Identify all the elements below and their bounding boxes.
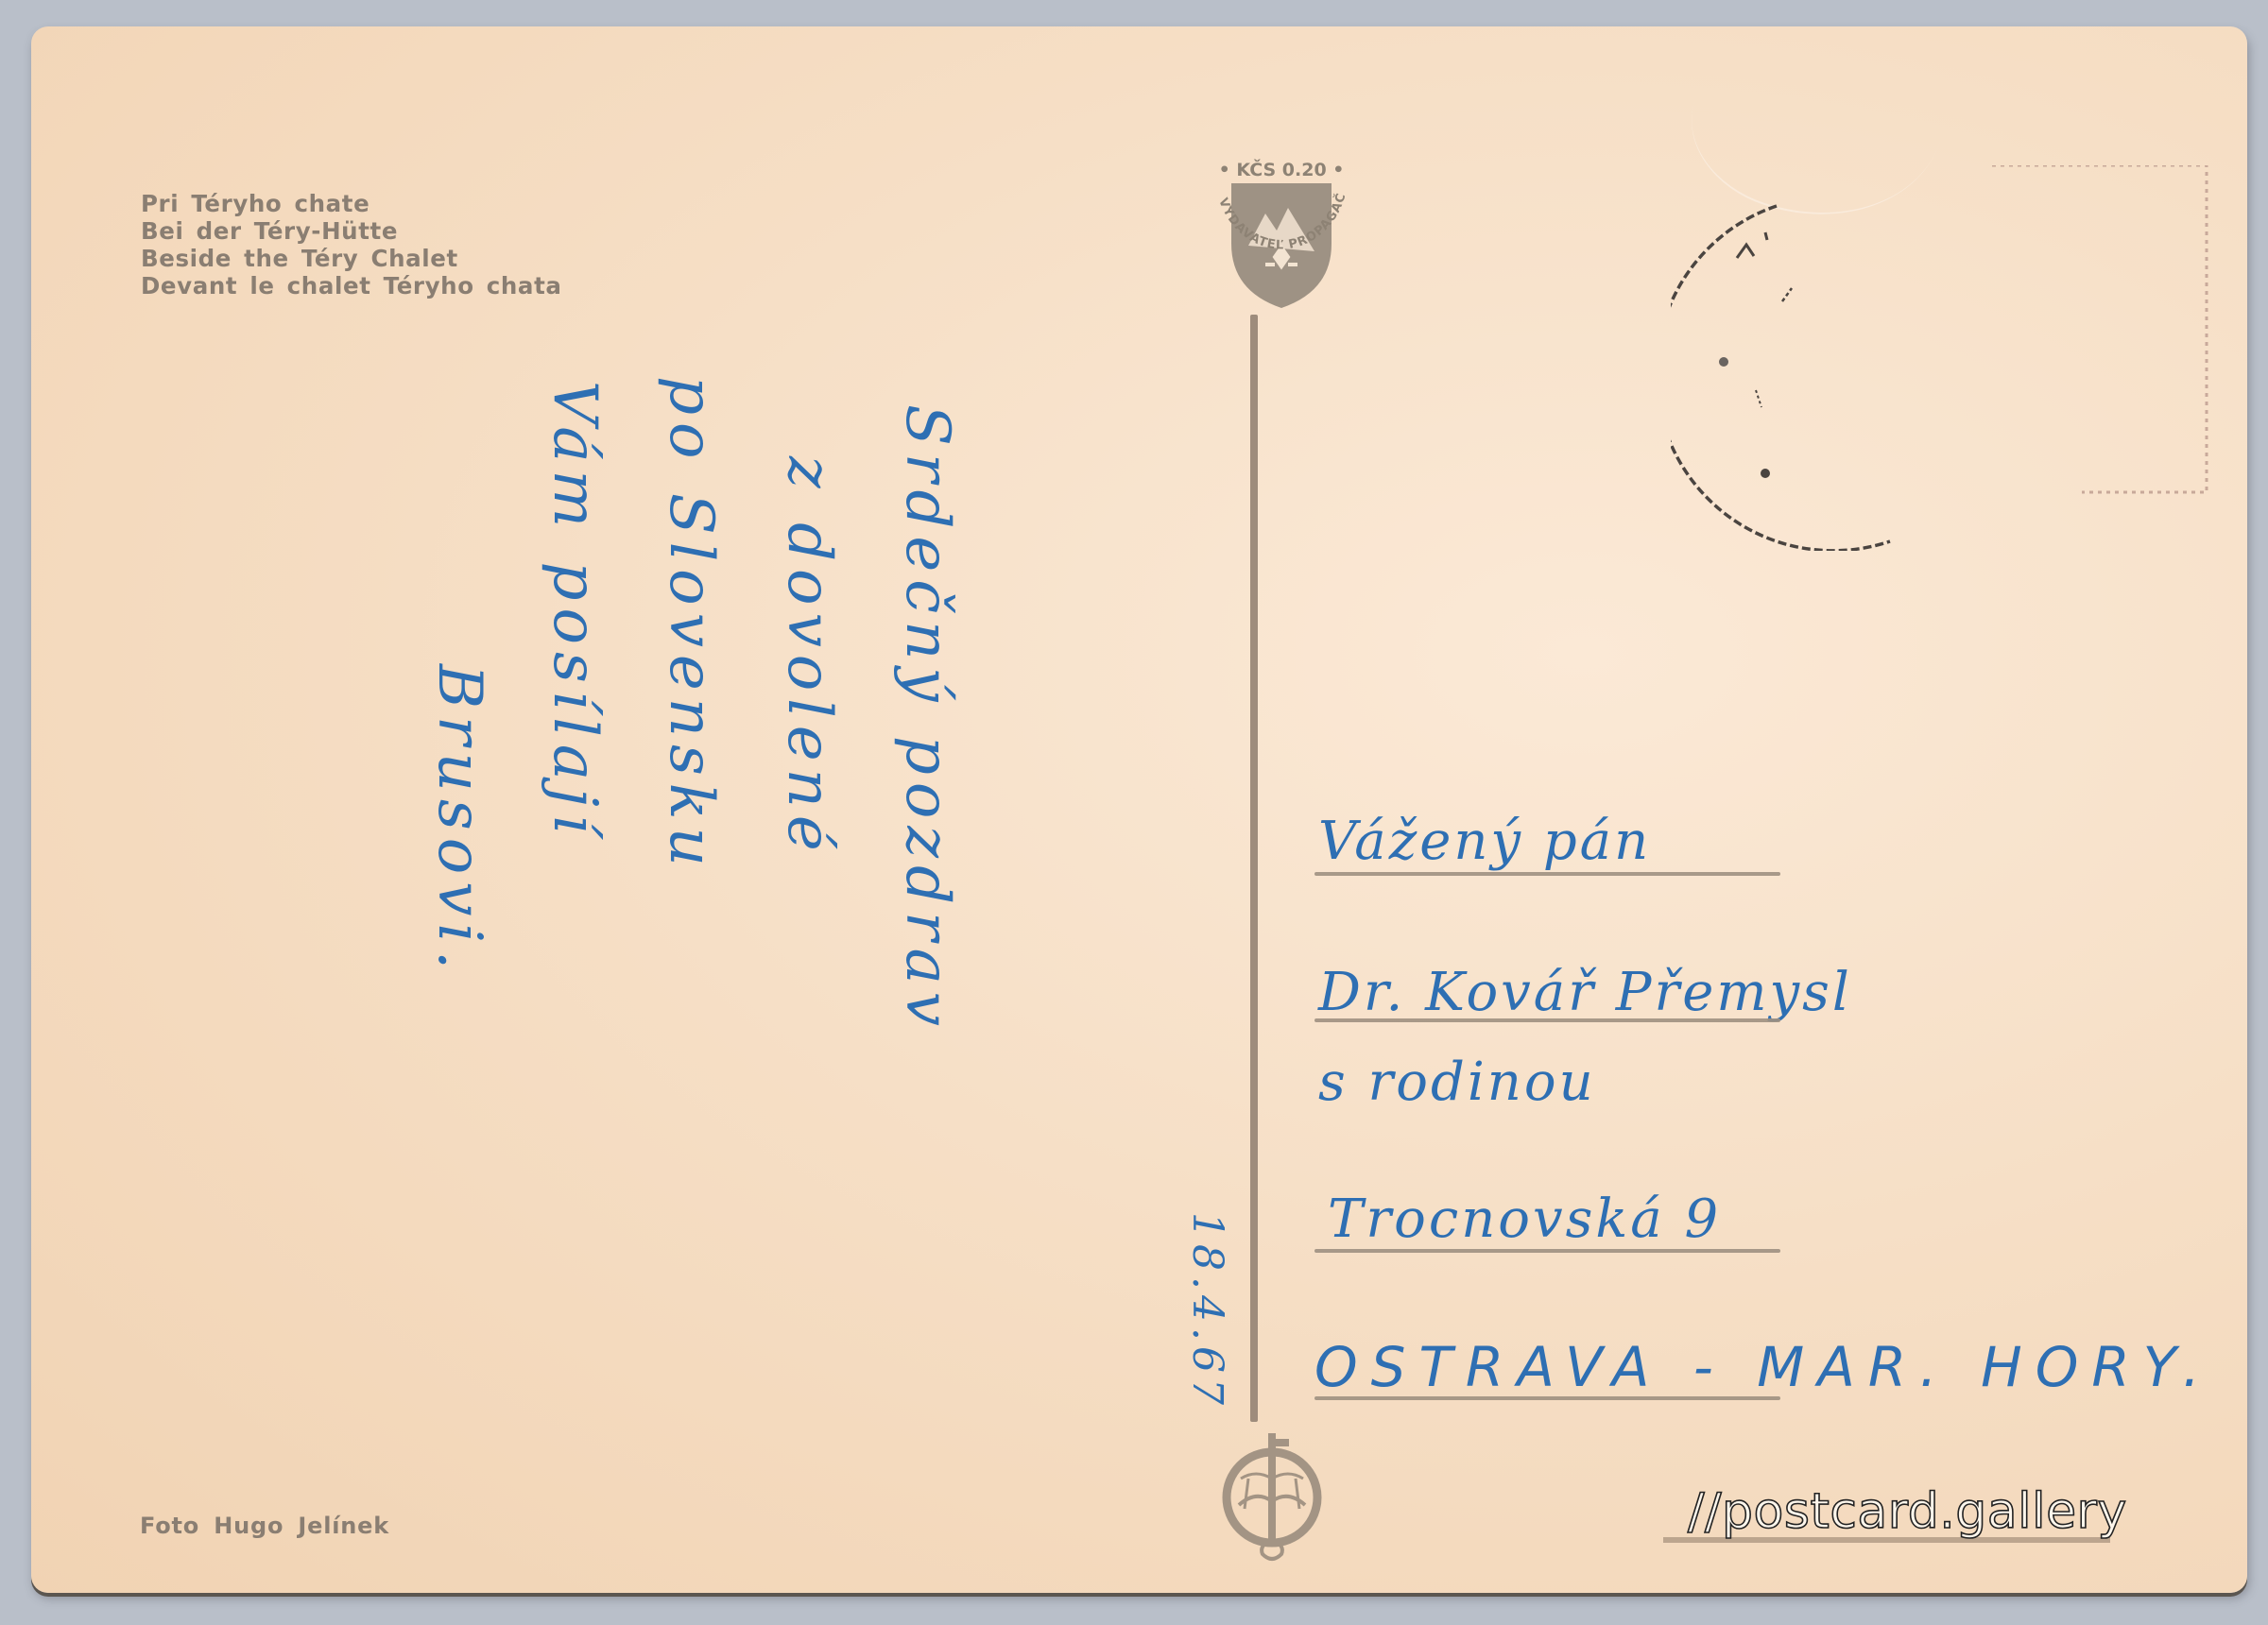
publisher-shield-icon: • KČS 0.20 • VYDAVATEĽ PROPAGAČNÉHO CEST… (1173, 140, 1390, 338)
stamp-placeholder-box (1761, 165, 2209, 494)
address-rule-3 (1314, 1249, 1780, 1253)
caption-line-french: Devant le chalet Téryho chata (141, 272, 562, 299)
message-line-3: po Slovensku (656, 376, 726, 874)
address-rule-1 (1314, 872, 1780, 876)
caption-line-english: Beside the Téry Chalet (141, 245, 562, 272)
book-key-icon (1220, 1429, 1324, 1571)
handwritten-date: 18.4.67 (1183, 1212, 1231, 1411)
caption-line-slovak: Pri Téryho chate (141, 190, 562, 217)
price-label: • KČS 0.20 • (1219, 158, 1345, 180)
address-family: s rodinou (1318, 1052, 1596, 1113)
address-rule-4 (1314, 1396, 1780, 1400)
caption-line-german: Bei der Téry-Hütte (141, 217, 562, 245)
message-signature: Brusovi. (424, 664, 494, 977)
postcard-back: Pri Téryho chate Bei der Téry-Hütte Besi… (31, 26, 2247, 1593)
vertical-divider (1250, 315, 1258, 1422)
message-line-4: Vám posílají (540, 381, 610, 841)
photo-credit: Foto Hugo Jelínek (140, 1513, 389, 1539)
message-line-2: z dovolené (774, 456, 844, 859)
address-street: Trocnovská 9 (1328, 1189, 1721, 1250)
watermark: //postcard.gallery (1688, 1483, 2127, 1540)
photo-caption: Pri Téryho chate Bei der Téry-Hütte Besi… (141, 190, 562, 299)
address-salutation: Vážený pán (1318, 811, 1651, 872)
message-line-1: Srdečný pozdrav (892, 404, 962, 1034)
address-name: Dr. Kovář Přemysl (1318, 962, 1852, 1023)
address-city: OSTRAVA - MAR. HORY. (1314, 1335, 2213, 1399)
address-rule-2 (1314, 1018, 1780, 1022)
